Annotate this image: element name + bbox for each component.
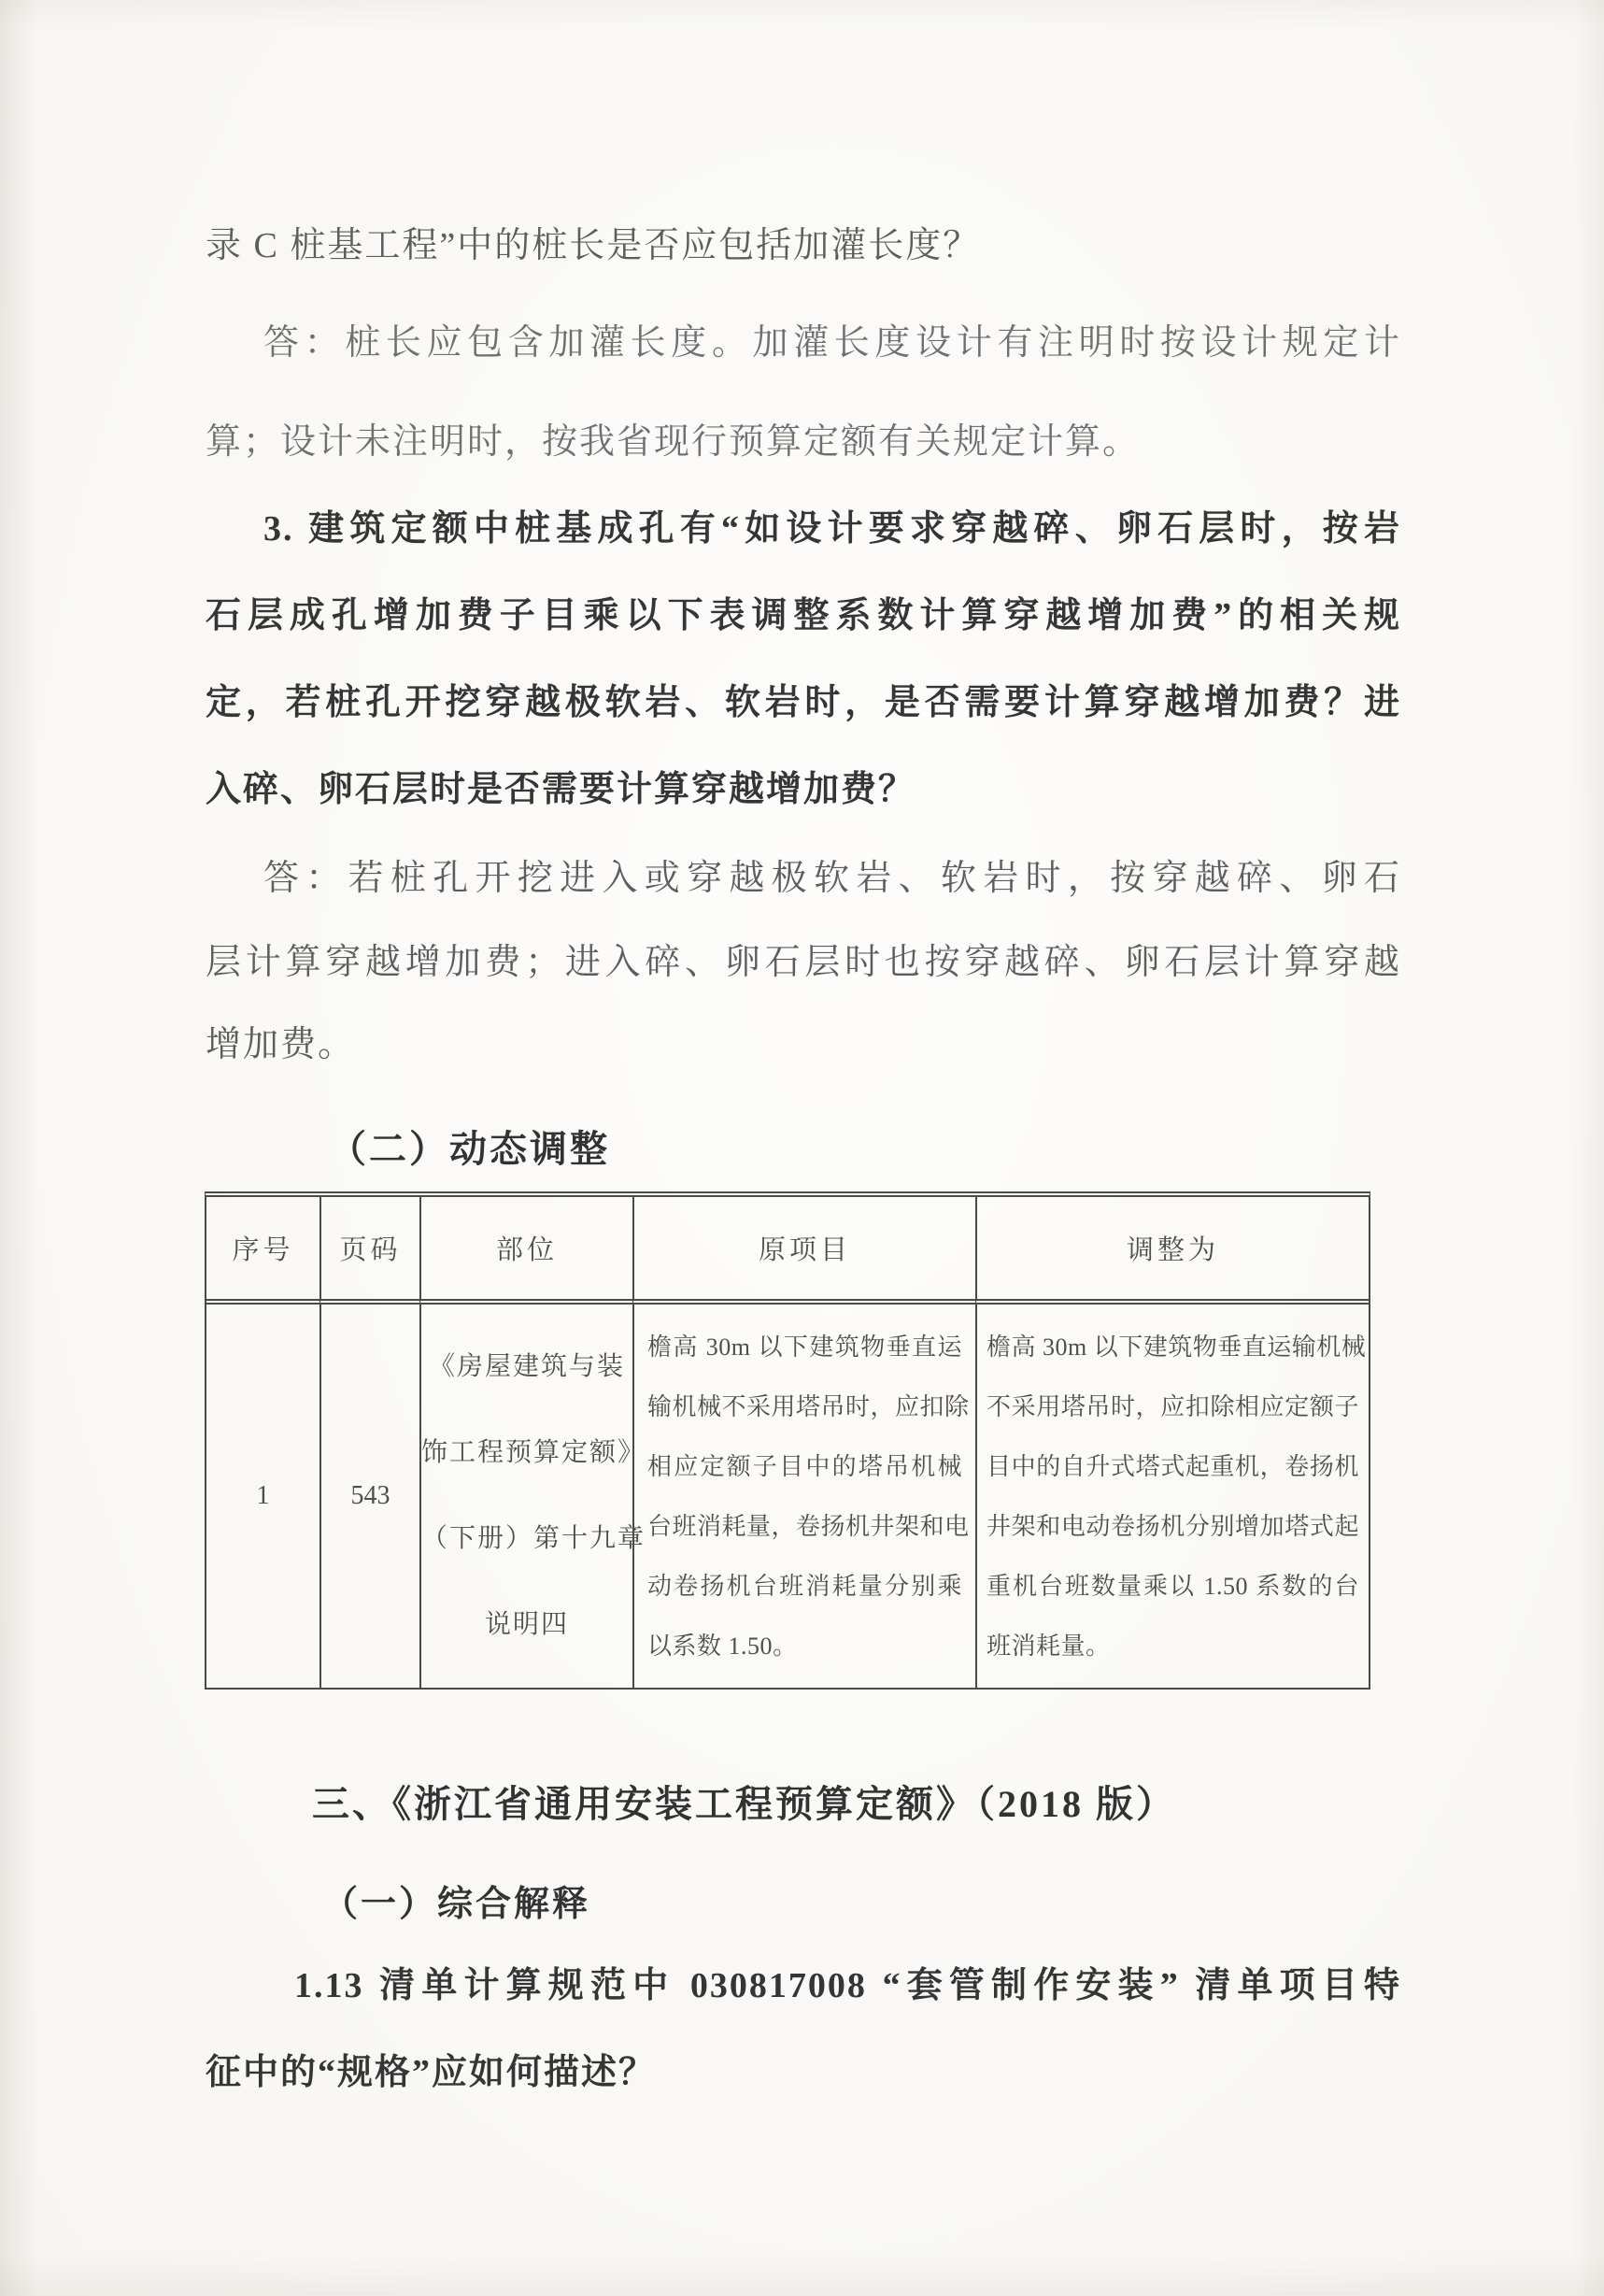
table-cell-line: 不采用塔吊时，应扣除相应定额子 — [977, 1377, 1369, 1437]
a2-line-2: 算；设计未注明时，按我省现行预算定额有关规定计算。 — [206, 419, 1401, 465]
a2-line-1: 答：桩长应包含加灌长度。加灌长度设计有注明时按设计规定计 — [206, 320, 1401, 366]
subsection-heading-comprehensive-explanation: （一）综合解释 — [322, 1880, 590, 1929]
table-cell-line: 台班消耗量，卷扬机井架和电 — [634, 1497, 975, 1557]
a3-line-3: 增加费。 — [206, 1021, 1401, 1068]
table-header-original: 原项目 — [632, 1197, 975, 1305]
table-cell-line: 檐高 30m 以下建筑物垂直运输机械 — [977, 1318, 1369, 1377]
table-cell-seq: 1 — [206, 1305, 319, 1688]
table-cell-line: 以系数 1.50。 — [634, 1617, 975, 1676]
table-cell-adjusted: 檐高 30m 以下建筑物垂直运输机械 不采用塔吊时，应扣除相应定额子 目中的自升… — [975, 1305, 1369, 1688]
table-cell-original: 檐高 30m 以下建筑物垂直运 输机械不采用塔吊时，应扣除 相应定额子目中的塔吊… — [632, 1305, 975, 1688]
q2-tail-line: 录 C 桩基工程”中的桩长是否应包括加灌长度？ — [206, 222, 1401, 269]
table-cell-page: 543 — [319, 1305, 419, 1688]
q113-line-1: 1.13 清单计算规范中 030817008 “套管制作安装” 清单项目特 — [206, 1962, 1401, 2009]
table-cell-line: 输机械不采用塔吊时，应扣除 — [634, 1377, 975, 1437]
a3-line-2: 层计算穿越增加费；进入碎、卵石层时也按穿越碎、卵石层计算穿越 — [206, 939, 1401, 986]
adjustment-table: 序号 页码 部位 原项目 调整为 1 543 《房屋建筑与装 饰工程预算定额》 … — [205, 1191, 1370, 1690]
table-cell-line: 相应定额子目中的塔吊机械 — [634, 1437, 975, 1497]
table-cell-line: 井架和电动卷扬机分别增加塔式起 — [977, 1497, 1369, 1557]
table-cell-line: 檐高 30m 以下建筑物垂直运 — [634, 1318, 975, 1377]
table-cell-line: 班消耗量。 — [977, 1617, 1369, 1676]
document-page: 录 C 桩基工程”中的桩长是否应包括加灌长度？ 答：桩长应包含加灌长度。加灌长度… — [0, 0, 1604, 2296]
table-header-adjusted: 调整为 — [975, 1197, 1369, 1305]
q113-line-2: 征中的“规格”应如何描述？ — [206, 2049, 1401, 2096]
section-heading-dynamic-adjustment: （二）动态调整 — [329, 1125, 610, 1174]
table-header-part: 部位 — [419, 1197, 632, 1305]
q3-line-3: 定，若桩孔开挖穿越极软岩、软岩时，是否需要计算穿越增加费？进 — [206, 679, 1401, 726]
q3-line-2: 石层成孔增加费子目乘以下表调整系数计算穿越增加费”的相关规 — [206, 592, 1401, 639]
q3-line-4: 入碎、卵石层时是否需要计算穿越增加费？ — [206, 766, 1401, 813]
table-cell-line: （下册）第十九章 — [421, 1496, 632, 1582]
q3-line-1: 3. 建筑定额中桩基成孔有“如设计要求穿越碎、卵石层时，按岩 — [206, 506, 1401, 552]
table-header-page: 页码 — [319, 1197, 419, 1305]
section-heading-installation-quota: 三、《浙江省通用安装工程预算定额》（2018 版） — [312, 1780, 1176, 1829]
table-cell-line: 目中的自升式塔式起重机，卷扬机 — [977, 1437, 1369, 1497]
table-cell-part: 《房屋建筑与装 饰工程预算定额》 （下册）第十九章 说明四 — [419, 1305, 632, 1688]
table-cell-line: 重机台班数量乘以 1.50 系数的台 — [977, 1557, 1369, 1617]
table-cell-line: 说明四 — [421, 1582, 632, 1668]
table-cell-line: 饰工程预算定额》 — [421, 1410, 632, 1496]
table-cell-line: 《房屋建筑与装 — [421, 1324, 632, 1410]
table-header-seq: 序号 — [206, 1197, 319, 1305]
table-cell-line: 动卷扬机台班消耗量分别乘 — [634, 1557, 975, 1617]
a3-line-1: 答：若桩孔开挖进入或穿越极软岩、软岩时，按穿越碎、卵石 — [206, 855, 1401, 902]
